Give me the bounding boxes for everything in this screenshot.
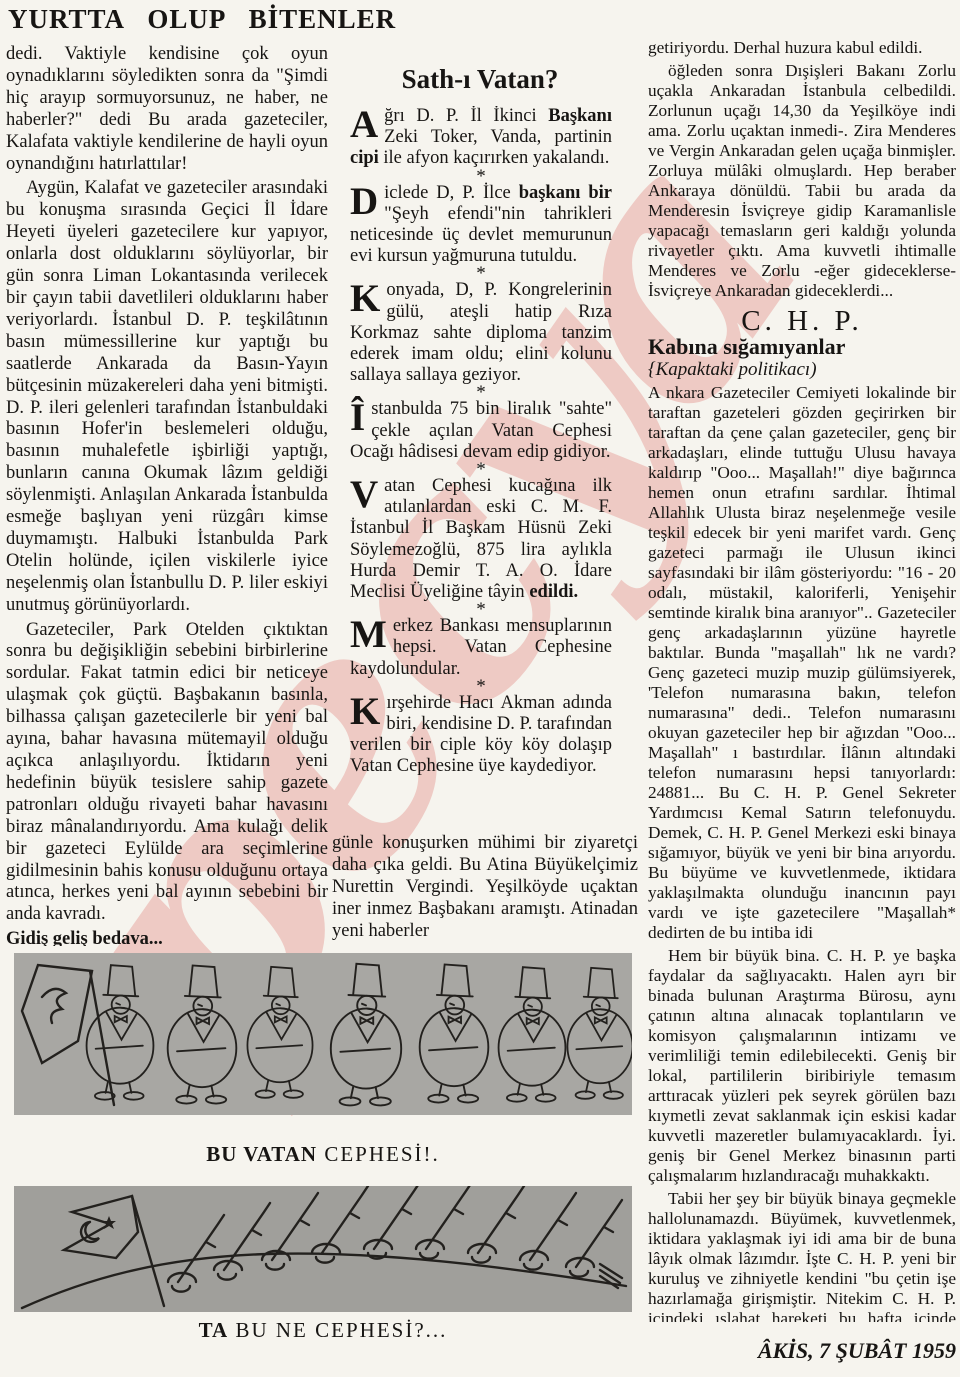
dropcap-letter: K (350, 693, 386, 728)
cartoon-top-panel (14, 953, 632, 1115)
caption-bold: TA (199, 1318, 229, 1342)
paragraph: Aygün, Kalafat ve gazeteciler arasındaki… (6, 178, 328, 616)
digest-item-text: atan Cephesi kucağına ilk atılanlardan e… (350, 476, 612, 602)
page-title: YURTTA OLUP BİTENLER (8, 4, 396, 35)
digest-item-text: onyada, D, P. Kongrelerinin gülü, ateşli… (350, 280, 612, 385)
cartoon-top-caption: BU VATAN CEPHESİ!. (14, 1142, 632, 1167)
cartoon-bottom-panel (14, 1186, 632, 1312)
dropcap-letter: A (350, 106, 384, 141)
soldiers-illustration (14, 1186, 632, 1312)
digest-item-text: ğrı D. P. İl İkinci Başkanı Zeki Toker, … (350, 106, 612, 168)
section-heading-chp: C. H. P. (648, 311, 956, 331)
digest-item-text: stanbulda 75 bin liralık "sahte" çekle a… (350, 399, 612, 461)
digest-item-text: iclede D, P. İlce başkanı bir "Şeyh efen… (350, 183, 612, 267)
paragraph: getiriyordu. Derhal huzura kabul edildi. (648, 38, 956, 58)
dropcap-letter: V (350, 476, 384, 511)
caption-rest: CEPHESİ!. (317, 1142, 440, 1166)
digest-item: Konyada, D, P. Kongrelerinin gülü, ateşl… (350, 280, 612, 386)
left-column: dedi. Vaktiyle kendisine çok oyun oynadı… (6, 44, 328, 946)
digest-separator: * (350, 603, 612, 616)
crowd-illustration (14, 953, 632, 1115)
magazine-page: pecya YURTTA OLUP BİTENLER dedi. Vaktiyl… (0, 0, 960, 1377)
article-subhead: Kabına sığamıyanlar (648, 337, 956, 357)
digest-title: Sath-ı Vatan? (348, 64, 612, 95)
digest-separator: * (350, 680, 612, 693)
paragraph: Hem bir büyük bina. C. H. P. ye başka fa… (648, 946, 956, 1186)
digest-separator: * (350, 267, 612, 280)
dropcap-letter: D (350, 183, 384, 218)
caption-rest: BU NE CEPHESİ?... (228, 1318, 447, 1342)
right-column: getiriyordu. Derhal huzura kabul edildi.… (648, 38, 956, 1322)
digest-separator: * (350, 463, 612, 476)
paragraph: Tabii her şey bir büyük binaya geçmekle … (648, 1189, 956, 1322)
digest-column: Ağrı D. P. İl İkinci Başkanı Zeki Toker,… (350, 106, 612, 828)
digest-item: Ağrı D. P. İl İkinci Başkanı Zeki Toker,… (350, 106, 612, 170)
dropcap-letter: M (350, 616, 393, 651)
article-kicker: {Kapaktaki politikacı) (648, 360, 956, 380)
digest-item: Vatan Cephesi kucağına ilk atılanlardan … (350, 476, 612, 603)
digest-separator: * (350, 386, 612, 399)
digest-item: Îstanbulda 75 bin liralık "sahte" çekle … (350, 399, 612, 463)
caption-bold: BU VATAN (206, 1142, 317, 1166)
paragraph: öğleden sonra Dışişleri Bakanı Zorlu uça… (648, 61, 956, 301)
digest-separator: * (350, 170, 612, 183)
issue-date-footer: ÂKİS, 7 ŞUBÂT 1959 (620, 1338, 956, 1364)
digest-item: Diclede D, P. İlce başkanı bir "Şeyh efe… (350, 183, 612, 268)
digest-tail-paragraph: günle konuşurken mühimi bir ziyaretçi da… (332, 833, 638, 943)
cartoon-bottom-caption: TA BU NE CEPHESİ?... (14, 1318, 632, 1343)
paragraph: dedi. Vaktiyle kendisine çok oyun oynadı… (6, 44, 328, 175)
dropcap-letter: Î (350, 399, 371, 434)
paragraph: Gazeteciler, Park Otelden çıktıktan sonr… (6, 620, 328, 927)
paragraph: A nkara Gazeteciler Cemiyeti lokalinde b… (648, 383, 956, 943)
runin-subhead: Gidiş geliş bedava... (6, 929, 328, 946)
digest-item-text: ırşehirde Hacı Akman adında biri, kendis… (350, 693, 612, 777)
digest-item: Merkez Bankası mensuplarının hepsi. Vata… (350, 616, 612, 680)
digest-item: Kırşehirde Hacı Akman adında biri, kendi… (350, 693, 612, 778)
dropcap-letter: K (350, 280, 386, 315)
